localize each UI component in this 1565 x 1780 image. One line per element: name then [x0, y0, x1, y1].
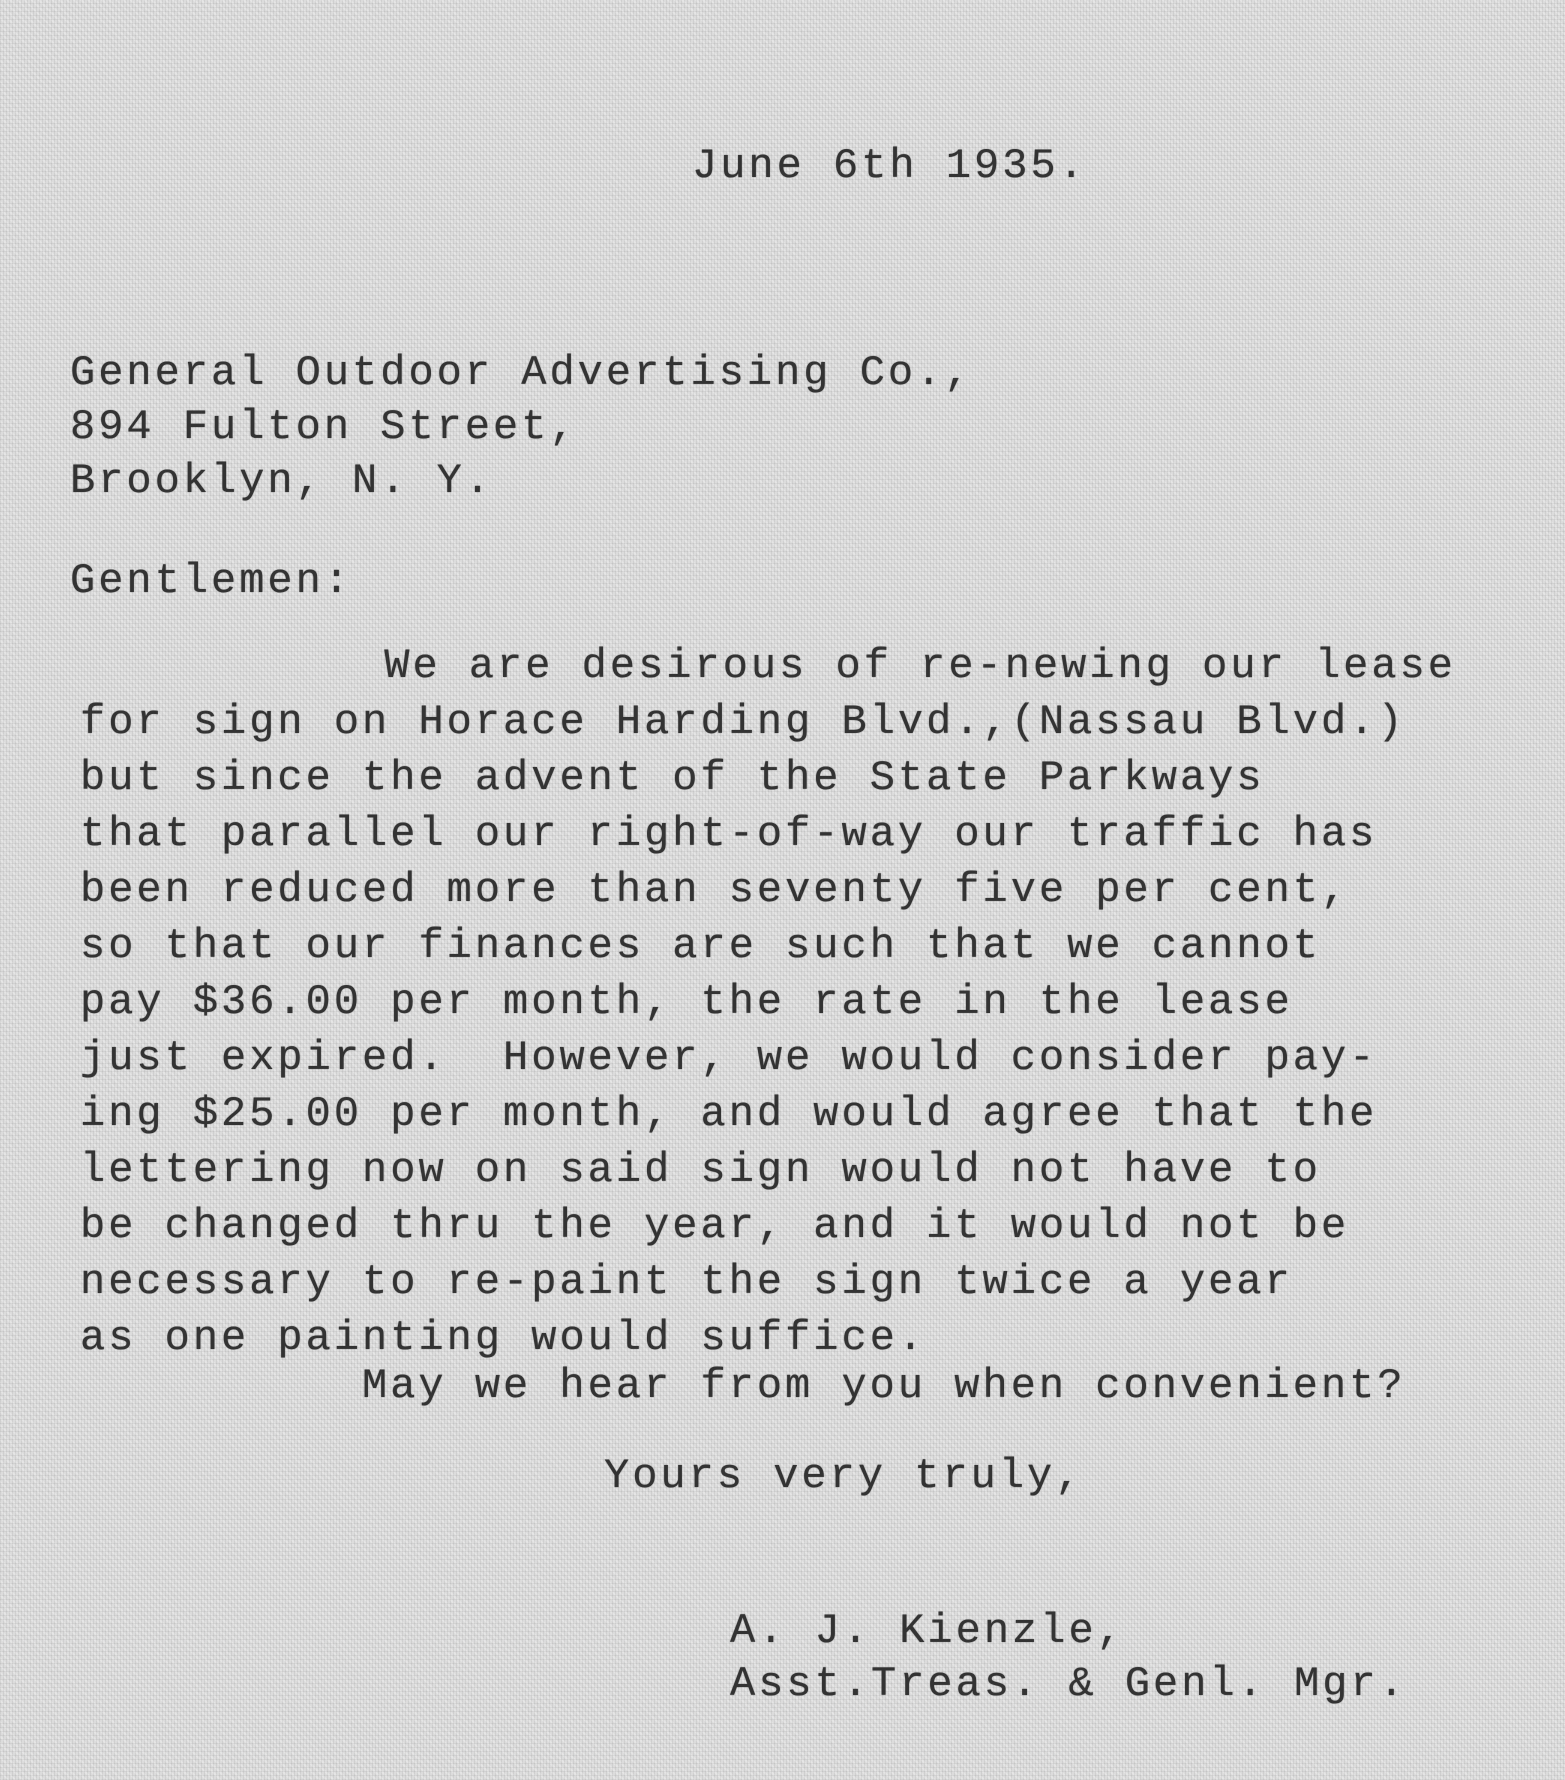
- body-line: pay $36.00 per month, the rate in the le…: [80, 981, 1293, 1023]
- recipient-company: General Outdoor Advertising Co.,: [70, 352, 973, 394]
- body-line: so that our finances are such that we ca…: [80, 925, 1321, 967]
- signature-title: Asst.Treas. & Genl. Mgr.: [730, 1663, 1407, 1705]
- body-line: just expired. However, we would consider…: [80, 1037, 1377, 1079]
- body-line: ing $25.00 per month, and would agree th…: [80, 1093, 1377, 1135]
- body-line: for sign on Horace Harding Blvd.,(Nassau…: [80, 701, 1406, 743]
- letter-page: June 6th 1935. General Outdoor Advertisi…: [0, 0, 1565, 1780]
- signature-name: A. J. Kienzle,: [730, 1610, 1125, 1652]
- recipient-city: Brooklyn, N. Y.: [70, 460, 493, 502]
- recipient-street: 894 Fulton Street,: [70, 406, 578, 448]
- body-line: but since the advent of the State Parkwa…: [80, 757, 1265, 799]
- salutation: Gentlemen:: [70, 560, 352, 602]
- closing: Yours very truly,: [604, 1455, 1083, 1497]
- body-line: been reduced more than seventy five per …: [80, 869, 1349, 911]
- letter-date: June 6th 1935.: [692, 145, 1087, 187]
- body-line: We are desirous of re-newing our lease: [74, 645, 1456, 687]
- body-line: as one painting would suffice.: [80, 1317, 926, 1359]
- closing-question: May we hear from you when convenient?: [362, 1365, 1406, 1407]
- body-line: that parallel our right-of-way our traff…: [80, 813, 1377, 855]
- body-line: necessary to re-paint the sign twice a y…: [80, 1261, 1293, 1303]
- body-line: be changed thru the year, and it would n…: [80, 1205, 1349, 1247]
- body-line: lettering now on said sign would not hav…: [80, 1149, 1321, 1191]
